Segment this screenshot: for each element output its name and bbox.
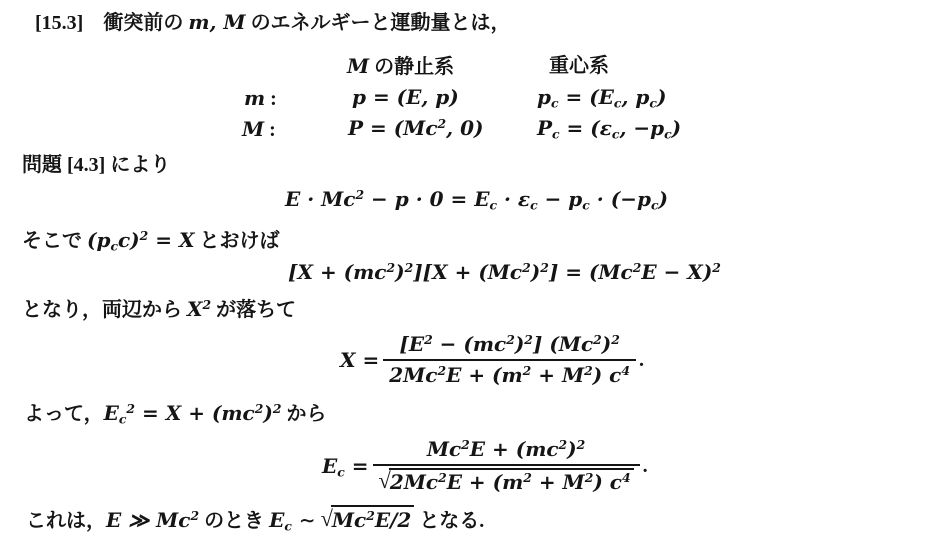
equation-period: . — [639, 349, 644, 372]
problem-reference-line: 問題 [4.3] により — [22, 152, 170, 178]
x-equation-lhs: X = — [340, 348, 379, 373]
rest-frame-header: M の静止系 — [347, 53, 454, 80]
cancellation-line: となり，両辺から X2 が落ちて — [22, 296, 296, 323]
therefore-line: よって，Ec2 = X + (mc2)2 から — [24, 400, 326, 427]
closing-line: これは，E ≫ Mc2 のとき Ec ∼ √Mc2E/2 となる. — [26, 505, 484, 534]
equation-period: . — [643, 455, 648, 478]
ec-equation-lhs: Ec = — [322, 454, 369, 479]
quadratic-equation: [X + (mc2)2][X + (Mc2)2] = (Mc2E − X)2 — [288, 259, 721, 286]
M-cm-frame-momentum: Pc = (εc, −pc) — [537, 115, 681, 142]
closing-text-post: となる. — [414, 510, 484, 532]
x-equation-fraction: [E2 − (mc2)2] (Mc2)2 2Mc2E + (m2 + M2) c… — [383, 332, 636, 389]
inline-sqrt: √Mc2E/2 — [321, 505, 415, 534]
ec-equation-fraction: Mc2E + (mc2)2 √2Mc2E + (m2 + M2) c4 — [373, 437, 640, 496]
radical-sign: √ — [321, 504, 333, 533]
closing-text-pre: これは，E ≫ Mc2 のとき Ec ∼ — [26, 510, 321, 532]
particle-M-label: M : — [242, 116, 276, 143]
problem-title: [15.3] 衝突前の m, M のエネルギーと運動量とは， — [35, 9, 511, 36]
substitution-line: そこで (pcc)2 = X とおけば — [22, 227, 279, 254]
particle-m-label: m : — [244, 85, 277, 112]
invariant-product-equation: E · Mc2 − p · 0 = Ec · εc − pc · (−pc) — [285, 186, 668, 213]
textbook-page: [15.3] 衝突前の m, M のエネルギーと運動量とは， M の静止系 重心… — [0, 0, 945, 544]
fraction-numerator: Mc2E + (mc2)2 — [373, 437, 640, 466]
ec-solution-equation: Ec = Mc2E + (mc2)2 √2Mc2E + (m2 + M2) c4… — [322, 437, 648, 496]
radical-sign: √ — [379, 467, 391, 495]
x-solution-equation: X = [E2 − (mc2)2] (Mc2)2 2Mc2E + (m2 + M… — [340, 332, 644, 389]
fraction-denominator: √2Mc2E + (m2 + M2) c4 — [373, 466, 640, 496]
cm-frame-header: 重心系 — [549, 53, 609, 79]
M-rest-frame-momentum: P = (Mc2, 0) — [348, 115, 483, 142]
fraction-denominator: 2Mc2E + (m2 + M2) c4 — [383, 361, 636, 389]
m-rest-frame-momentum: p = (E, p) — [352, 84, 459, 111]
radicand: Mc2E/2 — [331, 505, 414, 534]
fraction-numerator: [E2 − (mc2)2] (Mc2)2 — [383, 332, 636, 361]
m-cm-frame-momentum: pc = (Ec, pc) — [537, 84, 666, 111]
radicand: 2Mc2E + (m2 + M2) c4 — [389, 468, 634, 496]
